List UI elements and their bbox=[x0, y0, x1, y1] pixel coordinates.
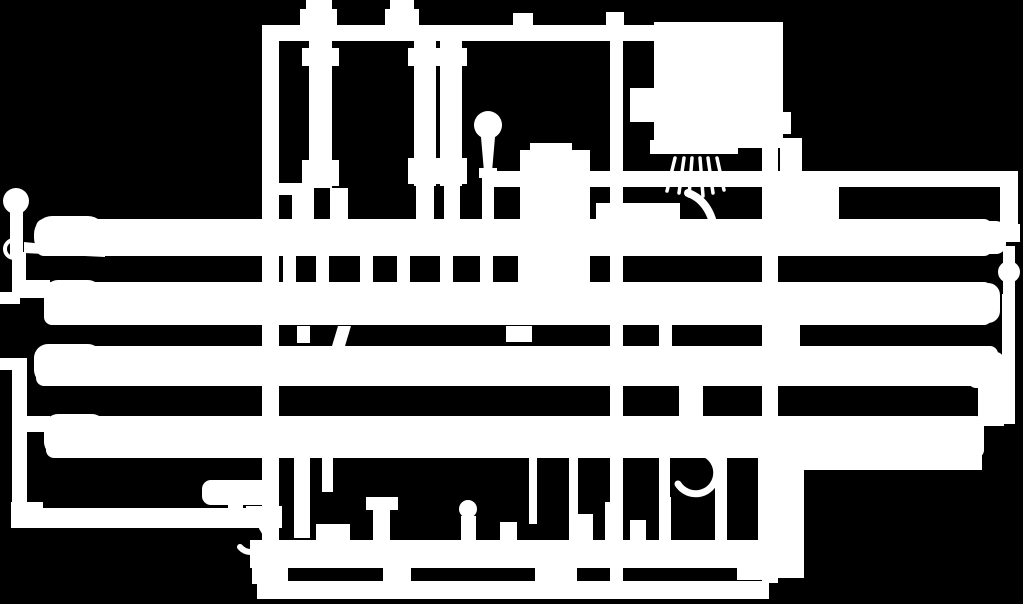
valve-body bbox=[605, 502, 623, 540]
bar-fitting bbox=[513, 13, 533, 28]
drain-valve-stem bbox=[228, 500, 243, 514]
vessel-2-left-cap bbox=[44, 280, 102, 324]
left-stub-pipe bbox=[0, 358, 13, 370]
gauge-dial bbox=[474, 111, 502, 139]
cabinet-side-tab bbox=[630, 88, 656, 122]
left-gauge-stem bbox=[10, 210, 23, 258]
drop-pipe bbox=[529, 434, 537, 524]
vessel-3-left-cap bbox=[34, 344, 102, 384]
row-connector bbox=[397, 256, 410, 284]
base-foot bbox=[383, 564, 411, 582]
membrane-vessel-2 bbox=[44, 282, 992, 325]
row-connector bbox=[766, 322, 800, 346]
column-flange bbox=[302, 160, 339, 186]
membrane-vessel-3 bbox=[36, 346, 998, 386]
drain-pipe-coupling bbox=[246, 506, 282, 528]
valve-body bbox=[461, 516, 476, 540]
column-drop-stub bbox=[330, 188, 348, 220]
vessel-4-left-cap bbox=[44, 414, 106, 456]
valve-body bbox=[577, 514, 593, 540]
gauge-drop-stub bbox=[482, 178, 494, 220]
silhouette-photo: High-contrast black-and-white silhouette… bbox=[0, 0, 1023, 604]
cabinet-side-bump bbox=[782, 112, 791, 134]
column-top-collar bbox=[300, 9, 337, 28]
valve-knob bbox=[459, 500, 477, 518]
row-connector bbox=[518, 256, 531, 284]
row-connector bbox=[360, 256, 373, 284]
right-row-connector bbox=[978, 358, 1004, 426]
row-connector bbox=[316, 256, 329, 284]
bar-fitting bbox=[606, 12, 624, 28]
column-flange bbox=[435, 158, 467, 184]
valve-body bbox=[373, 508, 390, 540]
row-connector bbox=[480, 256, 493, 284]
row-connector bbox=[440, 256, 453, 284]
bottom-drain-pipe bbox=[26, 508, 254, 528]
valve-body bbox=[500, 522, 517, 540]
membrane-vessel-1 bbox=[36, 219, 992, 256]
vessel-2-right-cap bbox=[960, 283, 1000, 323]
column-flange bbox=[435, 48, 467, 66]
base-foot bbox=[252, 562, 288, 584]
left-riser-lower bbox=[12, 358, 27, 524]
drop-pipe bbox=[569, 438, 578, 542]
base-rail-lower bbox=[257, 581, 769, 599]
row-connector bbox=[278, 183, 302, 195]
column-top-collar bbox=[385, 9, 419, 28]
feed-pipe-run bbox=[494, 171, 1018, 187]
row-connector bbox=[297, 326, 310, 343]
valve-body bbox=[659, 497, 671, 540]
valve-body bbox=[316, 524, 350, 540]
column-drop-stub bbox=[416, 184, 434, 220]
feed-manifold-block bbox=[763, 176, 839, 224]
base-rail-upper bbox=[250, 540, 778, 568]
mid-row-connector bbox=[679, 364, 703, 448]
membrane-vessel-4 bbox=[46, 416, 984, 458]
ro-skid-silhouette: High-contrast black-and-white silhouette… bbox=[0, 0, 1023, 604]
base-foot bbox=[535, 562, 577, 582]
mid-row-stub bbox=[659, 320, 672, 346]
row-connector bbox=[506, 326, 532, 342]
right-manifold-column bbox=[758, 448, 804, 578]
vessel-1-right-cap bbox=[964, 221, 1006, 254]
row-connector bbox=[283, 256, 296, 284]
control-cabinet bbox=[654, 22, 783, 148]
drop-pipe bbox=[294, 438, 310, 538]
drop-pipe bbox=[659, 438, 670, 500]
cabinet-bottom-tray bbox=[650, 140, 738, 154]
valve-body bbox=[630, 520, 646, 540]
left-elbow-row4 bbox=[24, 416, 50, 432]
drop-pipe bbox=[322, 438, 333, 492]
left-stub-pipe bbox=[0, 292, 20, 304]
column-drop-stub bbox=[444, 184, 460, 220]
column-flange bbox=[302, 48, 339, 66]
